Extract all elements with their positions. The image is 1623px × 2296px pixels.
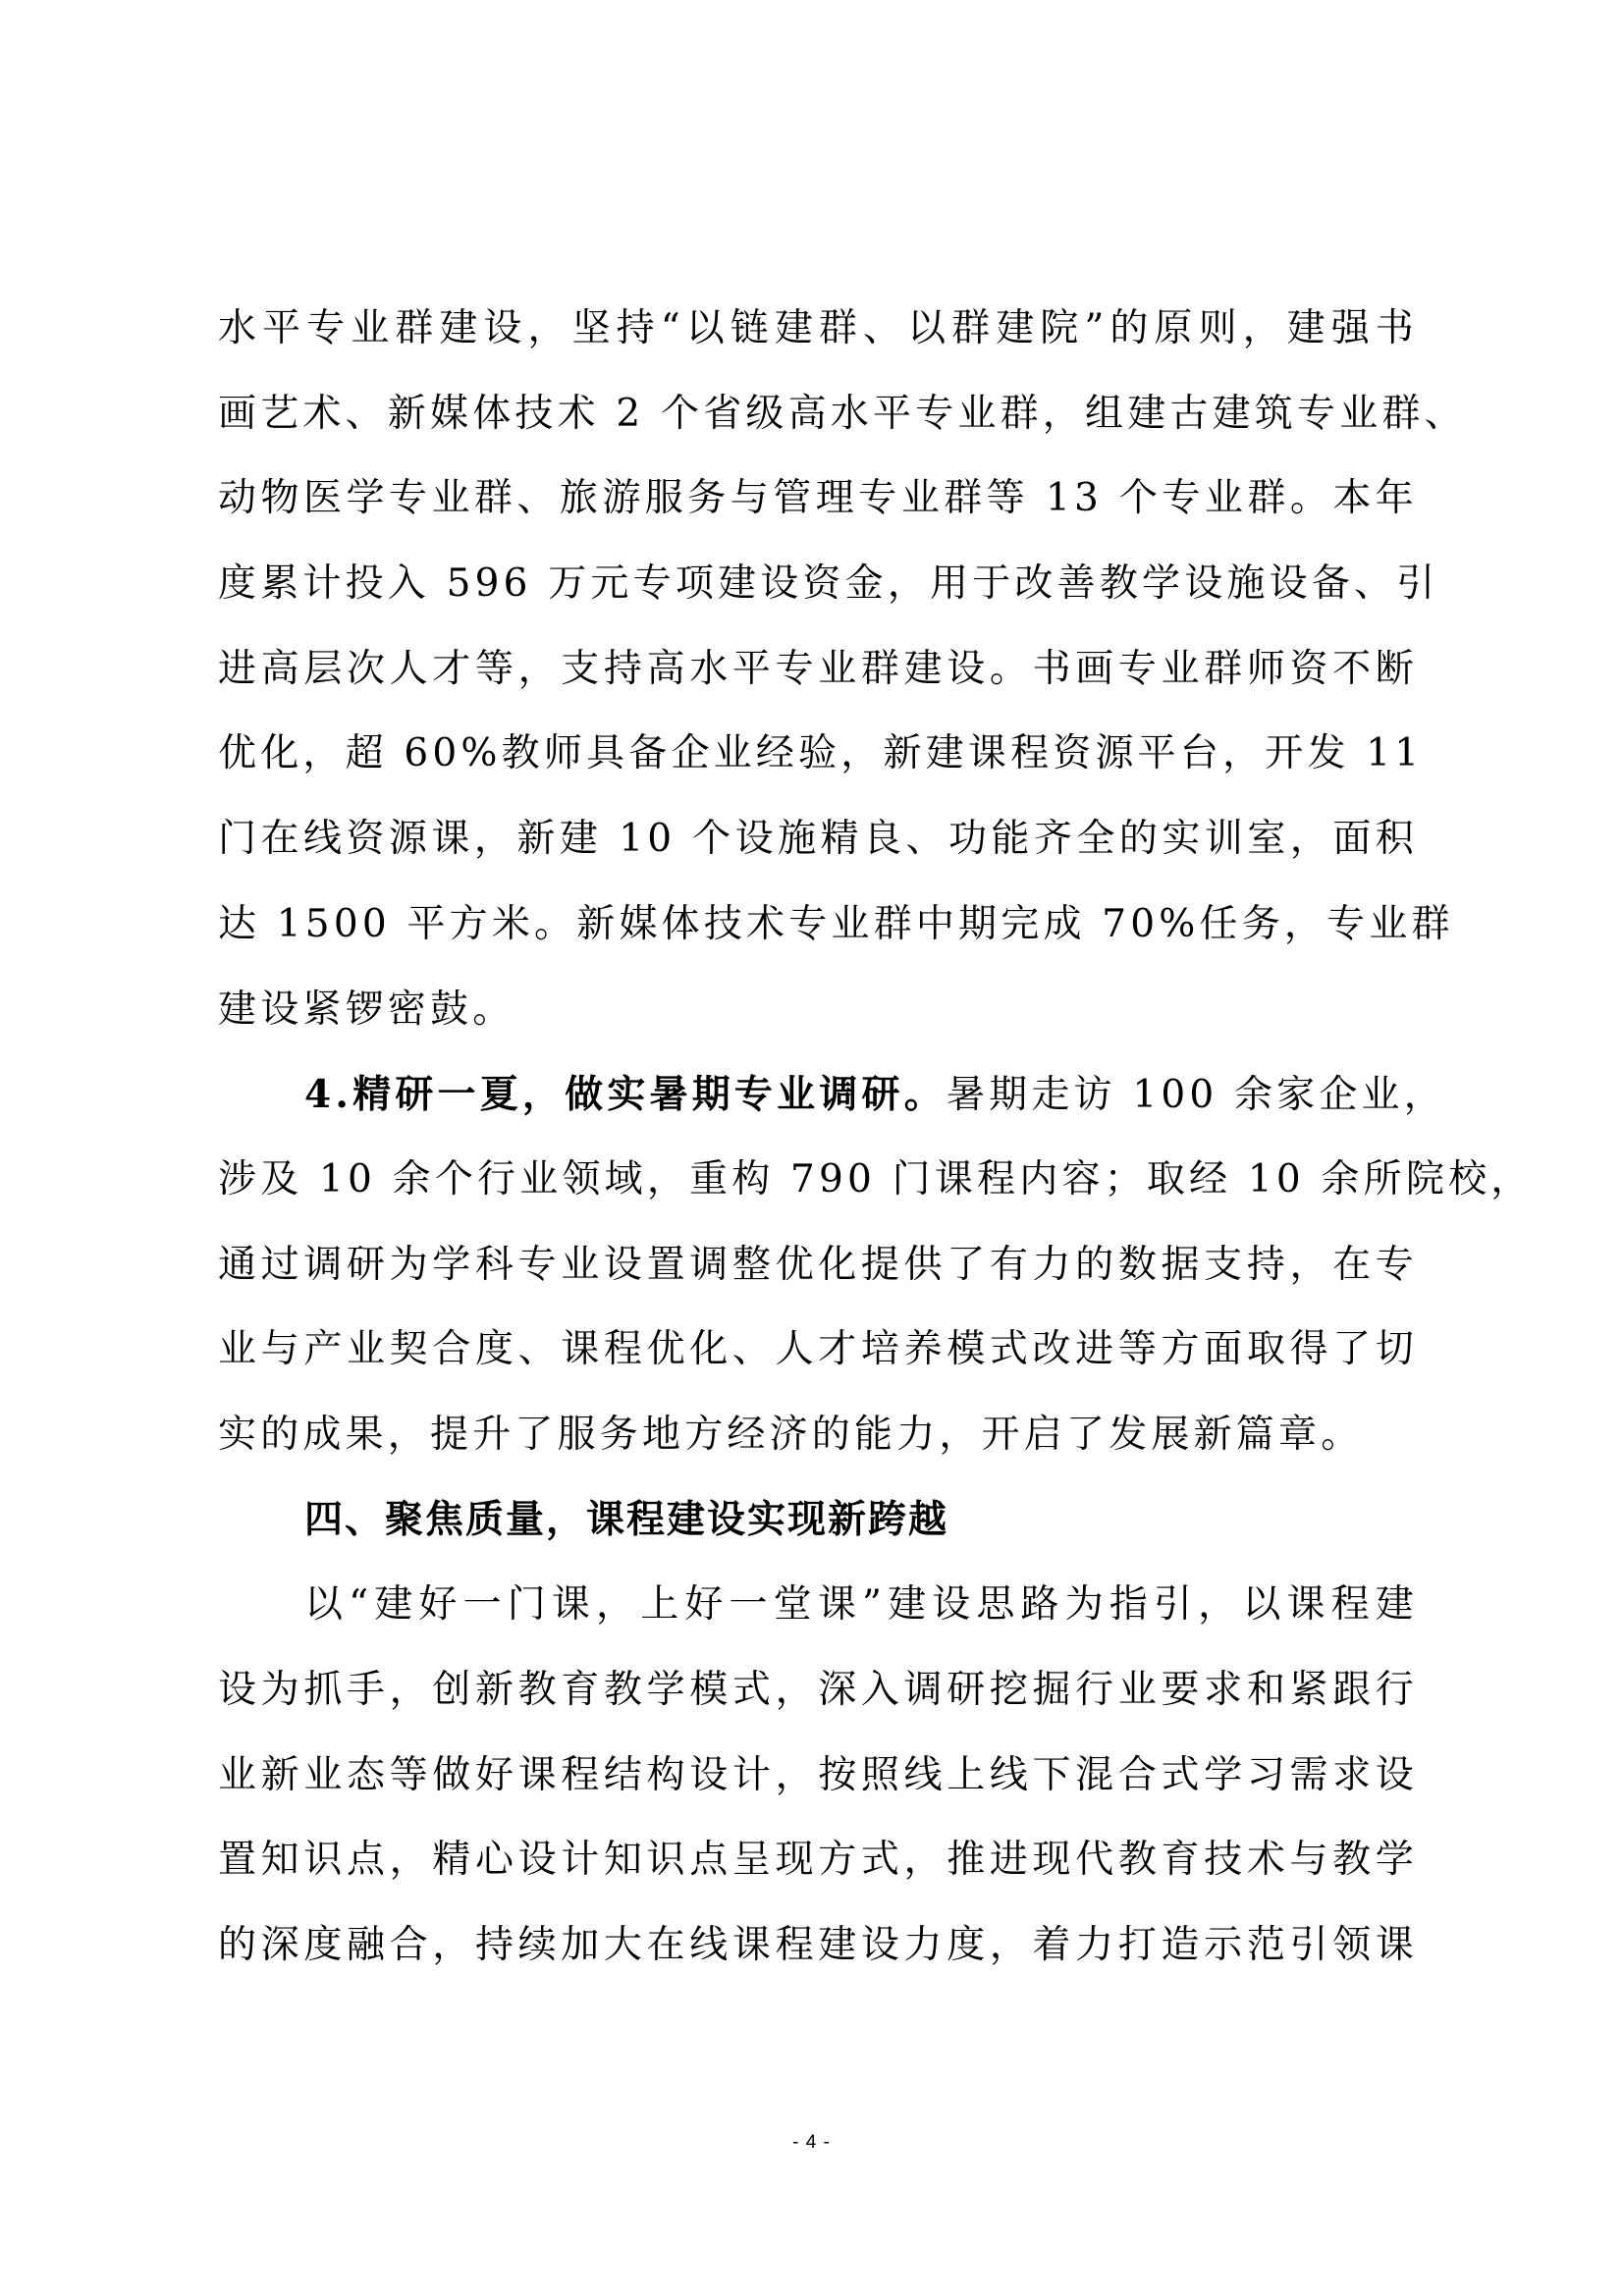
text-line: 达 1500 平方米。新媒体技术专业群中期完成 70%任务，专业群 [218,882,1418,968]
text-line: 业新业态等做好课程结构设计，按照线上线下混合式学习需求设 [218,1734,1418,1819]
text-line: 优化，超 60%教师具备企业经验，新建课程资源平台，开发 11 [218,712,1418,797]
body-text: 水平专业群建设，坚持“以链建群、以群建院”的原则，建强书 画艺术、新媒体技术 2… [218,287,1418,1989]
text-line: 4.精研一夏，做实暑期专业调研。暑期走访 100 余家企业， [218,1052,1418,1138]
text-line: 动物医学专业群、旅游服务与管理专业群等 13 个专业群。本年 [218,456,1418,542]
paragraph-summer-research: 4.精研一夏，做实暑期专业调研。暑期走访 100 余家企业， 涉及 10 余个行… [218,1052,1418,1477]
text-line: 度累计投入 596 万元专项建设资金，用于改善教学设施设备、引 [218,542,1418,627]
text-line: 画艺术、新媒体技术 2 个省级高水平专业群，组建古建筑专业群、 [218,372,1418,457]
document-page: 水平专业群建设，坚持“以链建群、以群建院”的原则，建强书 画艺术、新媒体技术 2… [0,0,1623,2296]
text-line: 的深度融合，持续加大在线课程建设力度，着力打造示范引领课 [218,1903,1418,1989]
paragraph-course-construction: 以“建好一门课，上好一堂课”建设思路为指引，以课程建 设为抓手，创新教育教学模式… [218,1563,1418,1988]
text-line: 进高层次人才等，支持高水平专业群建设。书画专业群师资不断 [218,627,1418,713]
text-line: 涉及 10 余个行业领域，重构 790 门课程内容；取经 10 余所院校， [218,1138,1418,1223]
section-heading: 四、聚焦质量，课程建设实现新跨越 [218,1478,1418,1564]
subheading-summer-research: 4.精研一夏，做实暑期专业调研。 [304,1072,947,1117]
text-line: 门在线资源课，新建 10 个设施精良、功能齐全的实训室，面积 [218,797,1418,882]
text-line: 业与产业契合度、课程优化、人才培养模式改进等方面取得了切 [218,1308,1418,1393]
text-line: 置知识点，精心设计知识点呈现方式，推进现代教育技术与教学 [218,1818,1418,1903]
page-number: - 4 - [0,2132,1623,2154]
text-line: 通过调研为学科专业设置调整优化提供了有力的数据支持，在专 [218,1223,1418,1308]
paragraph-specialty-clusters: 水平专业群建设，坚持“以链建群、以群建院”的原则，建强书 画艺术、新媒体技术 2… [218,287,1418,1052]
text-line: 水平专业群建设，坚持“以链建群、以群建院”的原则，建强书 [218,287,1418,372]
text-line: 建设紧锣密鼓。 [218,968,1418,1053]
text-run: 暑期走访 100 余家企业， [947,1073,1446,1117]
text-line: 以“建好一门课，上好一堂课”建设思路为指引，以课程建 [218,1563,1418,1648]
text-line: 实的成果，提升了服务地方经济的能力，开启了发展新篇章。 [218,1393,1418,1478]
text-line: 设为抓手，创新教育教学模式，深入调研挖掘行业要求和紧跟行 [218,1648,1418,1734]
